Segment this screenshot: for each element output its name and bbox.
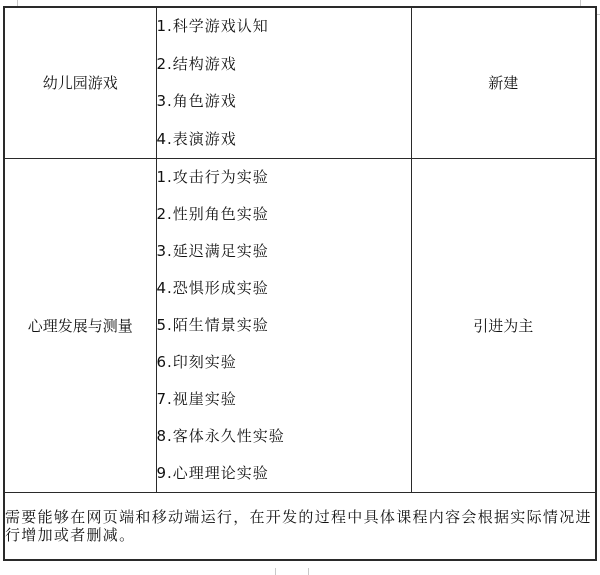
course-table: 幼儿园游戏 1.科学游戏认知 2.结构游戏 3.角色游戏 4.表演游戏 新建 心… xyxy=(3,6,597,561)
document-page: 幼儿园游戏 1.科学游戏认知 2.结构游戏 3.角色游戏 4.表演游戏 新建 心… xyxy=(0,0,600,575)
list-item: 2.结构游戏 xyxy=(157,46,411,84)
table-row-note: 需要能够在网页端和移动端运行，在开发的过程中具体课程内容会根据实际情况进行增加或… xyxy=(4,493,596,561)
list-item: 3.延迟满足实验 xyxy=(157,233,411,270)
list-item: 4.表演游戏 xyxy=(157,121,411,159)
category-label: 心理发展与测量 xyxy=(28,317,133,335)
list-item: 4.恐惧形成实验 xyxy=(157,270,411,307)
table-row-psych-development: 心理发展与测量 1.攻击行为实验 2.性别角色实验 3.延迟满足实验 4.恐惧形… xyxy=(4,159,596,493)
list-item: 9.心理理论实验 xyxy=(157,455,411,492)
list-item: 6.印刻实验 xyxy=(157,344,411,381)
note-cell: 需要能够在网页端和移动端运行，在开发的过程中具体课程内容会根据实际情况进行增加或… xyxy=(4,493,596,561)
list-item: 2.性别角色实验 xyxy=(157,196,411,233)
category-cell: 心理发展与测量 xyxy=(4,159,156,493)
category-cell: 幼儿园游戏 xyxy=(4,7,156,159)
page-margin-mark xyxy=(308,568,309,575)
list-item: 8.客体永久性实验 xyxy=(157,418,411,455)
list-item: 7.视崖实验 xyxy=(157,381,411,418)
status-cell: 新建 xyxy=(411,7,596,159)
items-cell: 1.科学游戏认知 2.结构游戏 3.角色游戏 4.表演游戏 xyxy=(156,7,411,159)
list-item: 1.攻击行为实验 xyxy=(157,159,411,196)
list-item: 5.陌生情景实验 xyxy=(157,307,411,344)
status-cell: 引进为主 xyxy=(411,159,596,493)
status-label: 新建 xyxy=(488,74,518,92)
status-label: 引进为主 xyxy=(473,317,533,335)
list-item: 3.角色游戏 xyxy=(157,83,411,121)
list-item: 1.科学游戏认知 xyxy=(157,8,411,46)
items-cell: 1.攻击行为实验 2.性别角色实验 3.延迟满足实验 4.恐惧形成实验 5.陌生… xyxy=(156,159,411,493)
category-label: 幼儿园游戏 xyxy=(43,74,118,92)
table-row-kindergarten-games: 幼儿园游戏 1.科学游戏认知 2.结构游戏 3.角色游戏 4.表演游戏 新建 xyxy=(4,7,596,159)
note-text: 需要能够在网页端和移动端运行，在开发的过程中具体课程内容会根据实际情况进行增加或… xyxy=(5,508,592,544)
page-margin-mark xyxy=(275,568,276,575)
